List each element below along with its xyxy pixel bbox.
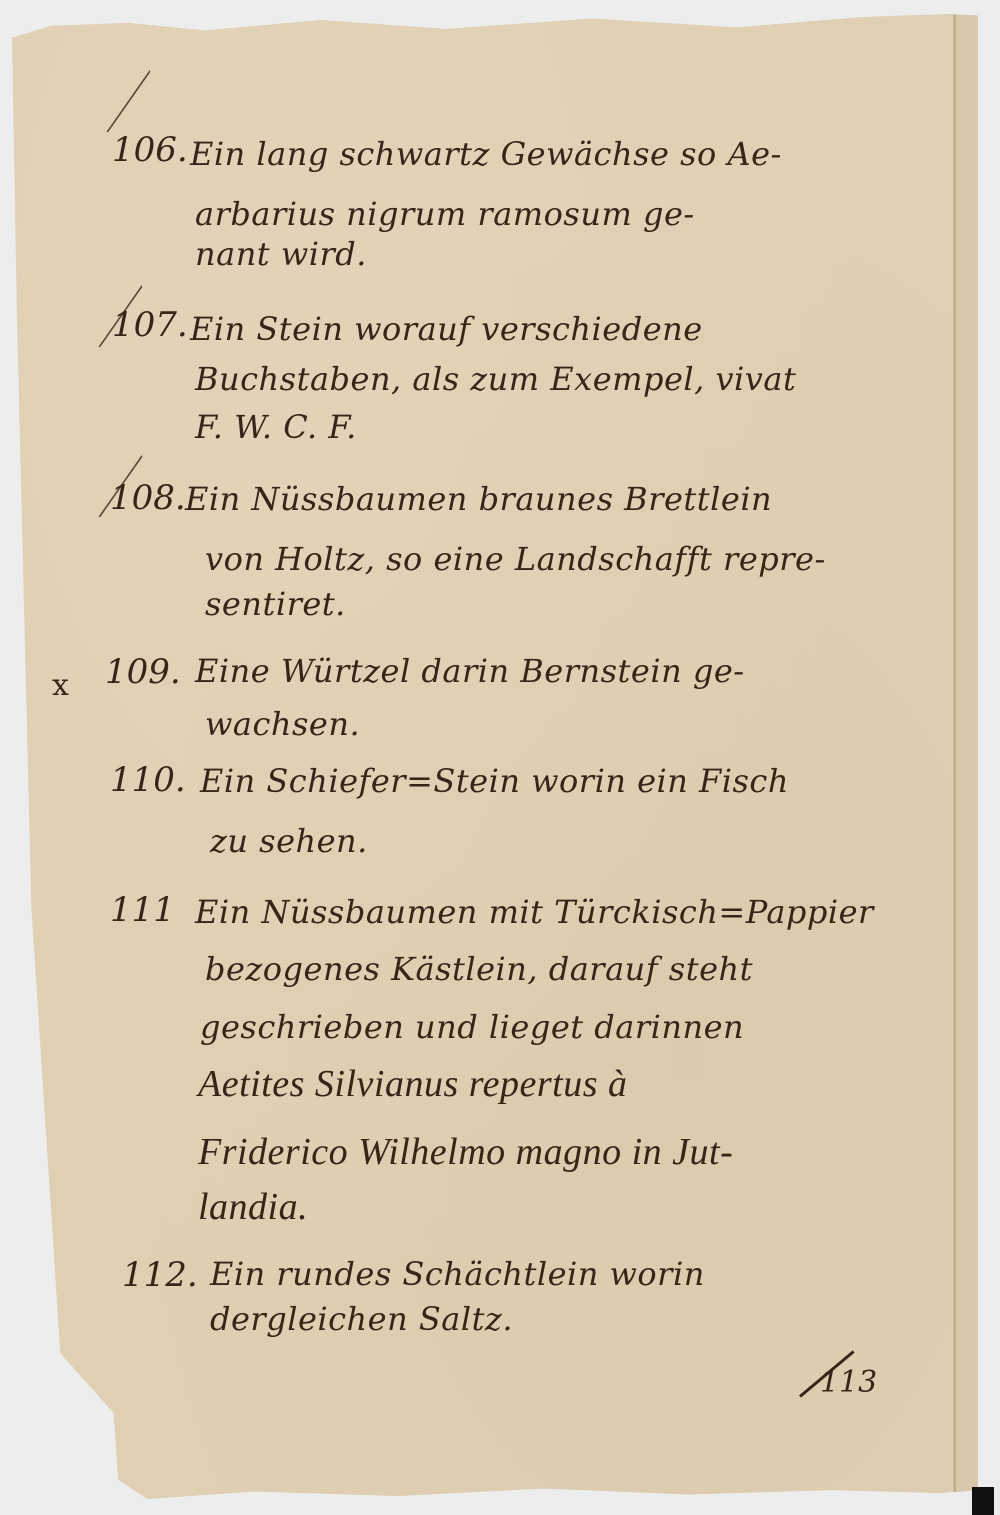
catchword-113: 113 [820,1365,877,1400]
entry-106-line-3: nant wird. [195,235,367,273]
binding-fold-line [953,14,956,1502]
entry-number-112: 112. [122,1255,198,1295]
entry-108-line-2: von Holtz, so eine Landschafft repre- [205,540,826,578]
entry-number-106: 106. [112,130,188,170]
entry-110-line-1: Ein Schiefer=Stein worin ein Fisch [200,762,789,800]
entry-108-line-1: Ein Nüssbaumen braunes Brettlein [185,480,772,518]
entry-number-110: 110. [110,760,186,800]
binding-strip [956,14,978,1502]
entry-108-line-3: sentiret. [205,585,346,623]
entry-111-line-3: geschrieben und lieget darinnen [200,1008,744,1046]
entry-number-108: 108. [110,478,186,518]
margin-mark-x: x [52,668,69,703]
entry-number-107: 107. [112,305,188,345]
entry-111-line-2: bezogenes Kästlein, darauf steht [205,950,753,988]
entry-number-109: 109. [105,652,181,692]
entry-106-line-1: Ein lang schwartz Gewächse so Ae- [190,135,782,173]
entry-111-line-1: Ein Nüssbaumen mit Türckisch=Pappier [195,893,874,931]
entry-111-line-6-latin: landia. [198,1185,308,1229]
entry-112-line-1: Ein rundes Schächtlein worin [210,1255,705,1293]
entry-110-line-2: zu sehen. [210,822,368,860]
entry-106-line-2: arbarius nigrum ramosum ge- [195,195,695,233]
entry-107-line-1: Ein Stein worauf verschiedene [190,310,703,348]
entry-109-line-1: Eine Würtzel darin Bernstein ge- [195,652,745,690]
entry-107-line-2: Buchstaben, als zum Exempel, vivat [195,360,796,398]
entry-111-line-4-latin: Aetites Silvianus repertus à [198,1062,627,1106]
entry-107-line-3: F. W. C. F. [195,408,357,446]
entry-111-line-5-latin: Friderico Wilhelmo magno in Jut- [198,1130,733,1174]
binding-dark-tab [972,1487,994,1515]
entry-number-111: 111 [110,890,175,930]
entry-109-line-2: wachsen. [205,705,360,743]
entry-112-line-2: dergleichen Saltz. [210,1300,513,1338]
